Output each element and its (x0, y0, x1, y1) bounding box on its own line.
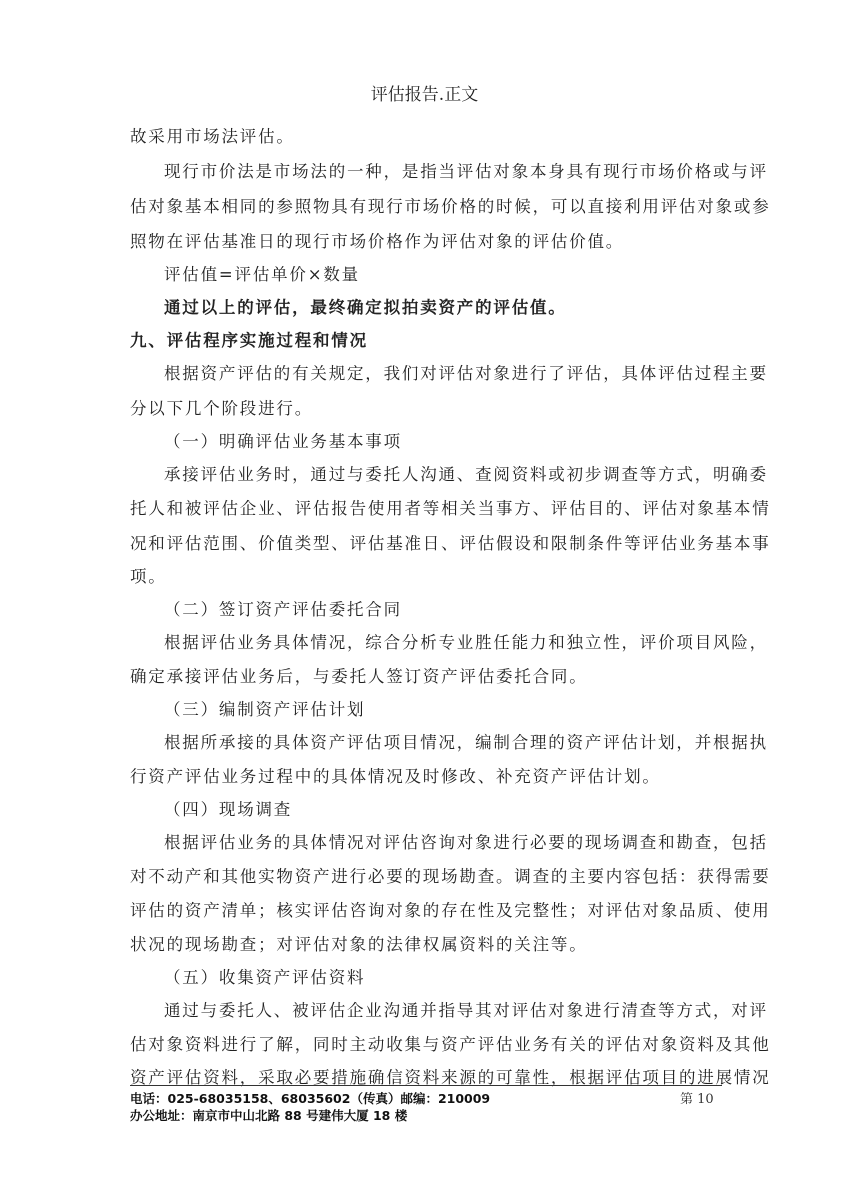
paragraph-line: 分以下几个阶段进行。 (130, 395, 730, 419)
page-number: 第 10 (680, 1088, 714, 1107)
paragraph-line: 况和评估范围、价值类型、评估基准日、评估假设和限制条件等评估业务基本事 (130, 530, 730, 554)
bold-paragraph-line: 通过以上的评估，最终确定拟拍卖资产的评估值。 (164, 294, 730, 318)
paragraph-line: 评估值=评估单价×数量 (164, 261, 730, 285)
paragraph-line: （一）明确评估业务基本事项 (164, 428, 730, 452)
paragraph-line: 评估的资产清单；核实评估咨询对象的存在性及完整性；对评估对象品质、使用 (130, 897, 730, 921)
paragraph-line: （四）现场调查 (164, 796, 730, 820)
paragraph-line: （二）签订资产评估委托合同 (164, 596, 730, 620)
paragraph-line: 托人和被评估企业、评估报告使用者等相关当事方、评估目的、评估对象基本情 (130, 495, 730, 519)
paragraph-line: 现行市价法是市场法的一种，是指当评估对象本身具有现行市场价格或与评 (164, 158, 730, 182)
paragraph-line: 确定承接评估业务后，与委托人签订资产评估委托合同。 (130, 663, 730, 687)
paragraph-line: 根据资产评估的有关规定，我们对评估对象进行了评估，具体评估过程主要 (164, 360, 730, 384)
paragraph-line: 根据所承接的具体资产评估项目情况，编制合理的资产评估计划，并根据执 (164, 729, 730, 753)
document-page: 评估报告.正文 故采用市场法评估。现行市价法是市场法的一种，是指当评估对象本身具… (0, 0, 849, 1200)
paragraph-line: 状况的现场勘查；对评估对象的法律权属资料的关注等。 (130, 931, 730, 955)
paragraph-line: 根据评估业务的具体情况对评估咨询对象进行必要的现场调查和勘查，包括 (164, 829, 730, 853)
paragraph-line: 估对象资料进行了解，同时主动收集与资产评估业务有关的评估对象资料及其他 (130, 1031, 730, 1055)
footer-phone: 电话：025-68035158、68035602（传真）邮编：210009 (130, 1089, 490, 1107)
paragraph-line: 对不动产和其他实物资产进行必要的现场勘查。调查的主要内容包括：获得需要 (130, 863, 730, 887)
paragraph-line: 照物在评估基准日的现行市场价格作为评估对象的评估价值。 (130, 228, 730, 252)
paragraph-line: （五）收集资产评估资料 (164, 964, 730, 988)
footer-address: 办公地址：南京市中山北路 88 号建伟大厦 18 楼 (130, 1106, 407, 1124)
paragraph-line: 通过与委托人、被评估企业沟通并指导其对评估对象进行清查等方式，对评 (164, 997, 730, 1021)
paragraph-line: 行资产评估业务过程中的具体情况及时修改、补充资产评估计划。 (130, 763, 730, 787)
footer-divider (130, 1085, 722, 1086)
paragraph-line: （三）编制资产评估计划 (164, 696, 730, 720)
page-header-title: 评估报告.正文 (0, 80, 849, 105)
paragraph-line: 故采用市场法评估。 (130, 123, 730, 147)
paragraph-line: 承接评估业务时，通过与委托人沟通、查阅资料或初步调查等方式，明确委 (164, 461, 730, 485)
paragraph-line: 项。 (130, 563, 730, 587)
paragraph-line: 根据评估业务具体情况，综合分析专业胜任能力和独立性，评价项目风险， (164, 629, 730, 653)
paragraph-line: 估对象基本相同的参照物具有现行市场价格的时候，可以直接利用评估对象或参 (130, 193, 730, 217)
bold-paragraph-line: 九、评估程序实施过程和情况 (130, 327, 730, 351)
